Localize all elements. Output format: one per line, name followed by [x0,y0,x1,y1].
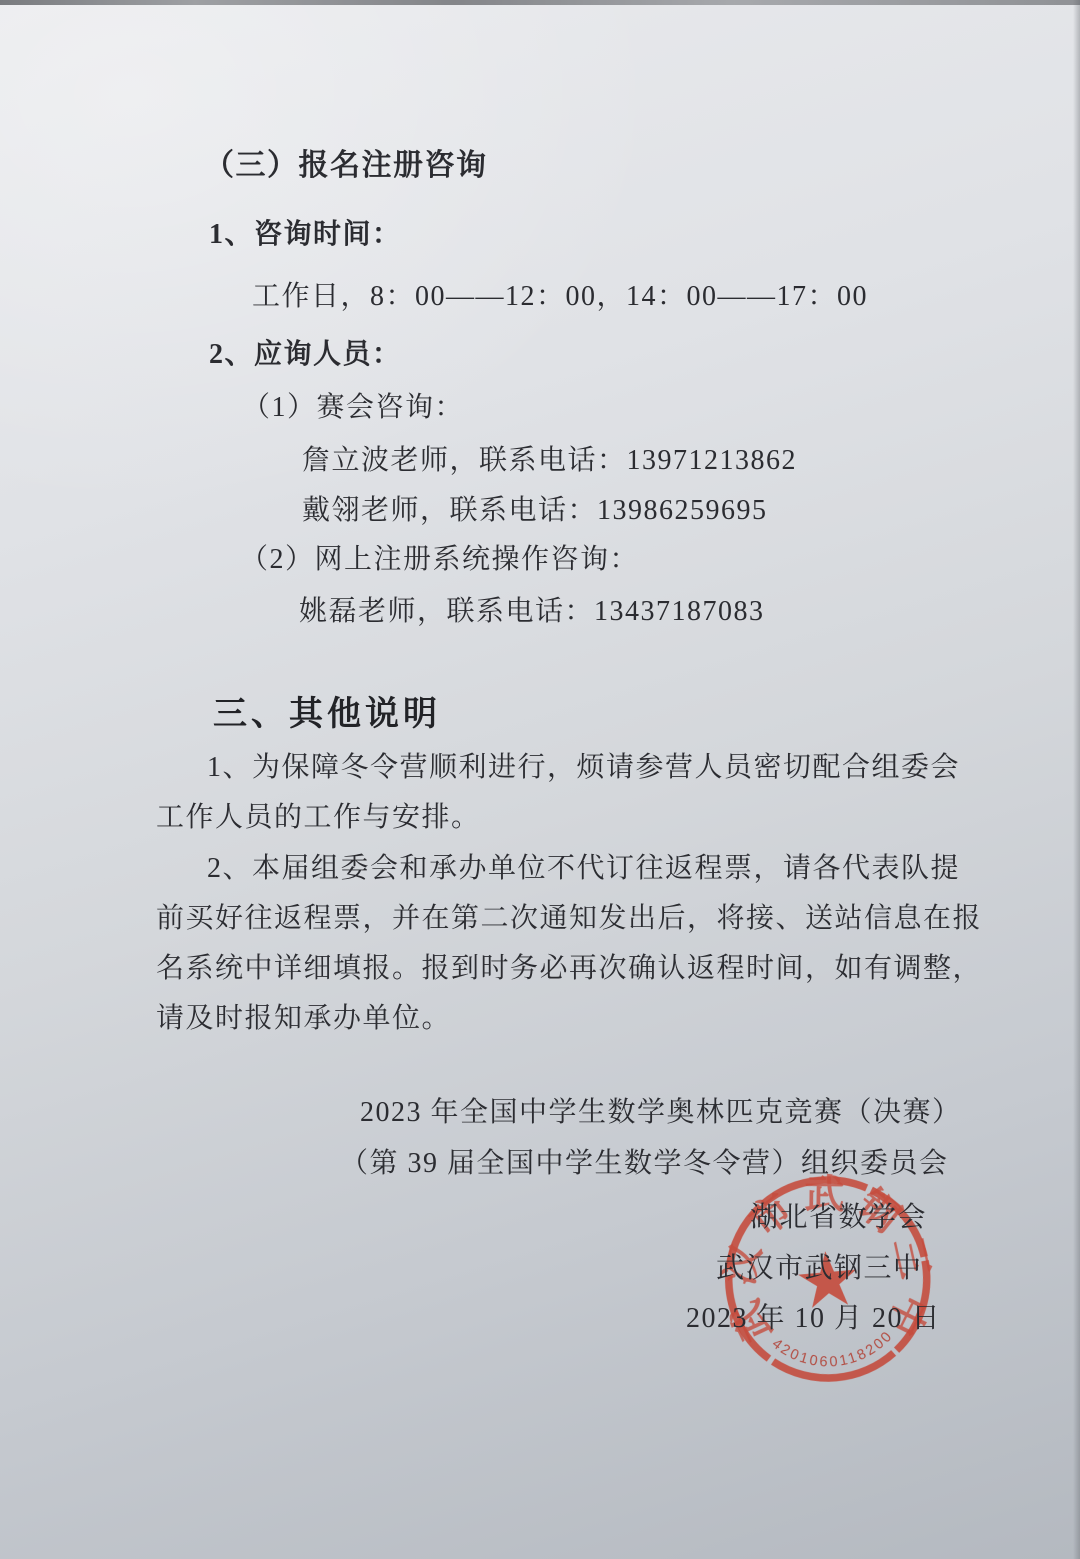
event-contact-1: 詹立波老师，联系电话：13971213862 [302,438,797,478]
event-consult-label: （1）赛会咨询： [242,385,464,425]
photo-right-edge [1073,0,1080,1559]
consult-time-label: 1、咨询时间： [209,212,402,252]
photo-top-edge [0,0,1080,5]
note2-line4: 请及时报知承办单位。 [156,996,451,1036]
document-page: （三）报名注册咨询 1、咨询时间： 工作日，8：00——12：00，14：00—… [0,0,1080,1559]
signature-date: 2023 年 10 月 20 日 [686,1296,941,1336]
signature-org-line3: 湖北省数学会 [750,1195,927,1235]
section-heading: （三）报名注册咨询 [204,140,488,184]
signature-org-line1: 2023 年全国中学生数学奥林匹克竞赛（决赛） [360,1090,962,1130]
online-consult-label: （2）网上注册系统操作咨询： [240,537,639,577]
note2-line1: 2、本届组委会和承办单位不代订往返程票，请各代表队提 [207,846,960,886]
note1-line1: 1、为保障冬令营顺利进行，烦请参营人员密切配合组委会 [207,745,960,785]
note2-line2: 前买好往返程票，并在第二次通知发出后，将接、送站信息在报 [156,896,982,936]
online-contact-1: 姚磊老师，联系电话：13437187083 [299,589,765,629]
note2-line3: 名系统中详细填报。报到时务必再次确认返程时间，如有调整， [156,946,982,986]
signature-org-line4: 武汉市武钢三中 [716,1246,923,1286]
consult-time-value: 工作日，8：00——12：00，14：00——17：00 [252,274,868,314]
event-contact-2: 戴翎老师，联系电话：13986259695 [302,488,768,528]
staff-label: 2、应询人员： [209,332,402,372]
signature-org-line2: （第 39 届全国中学生数学冬令营）组织委员会 [340,1141,949,1181]
note1-line2: 工作人员的工作与安排。 [156,795,481,835]
other-notes-heading: 三、其他说明 [213,686,441,735]
